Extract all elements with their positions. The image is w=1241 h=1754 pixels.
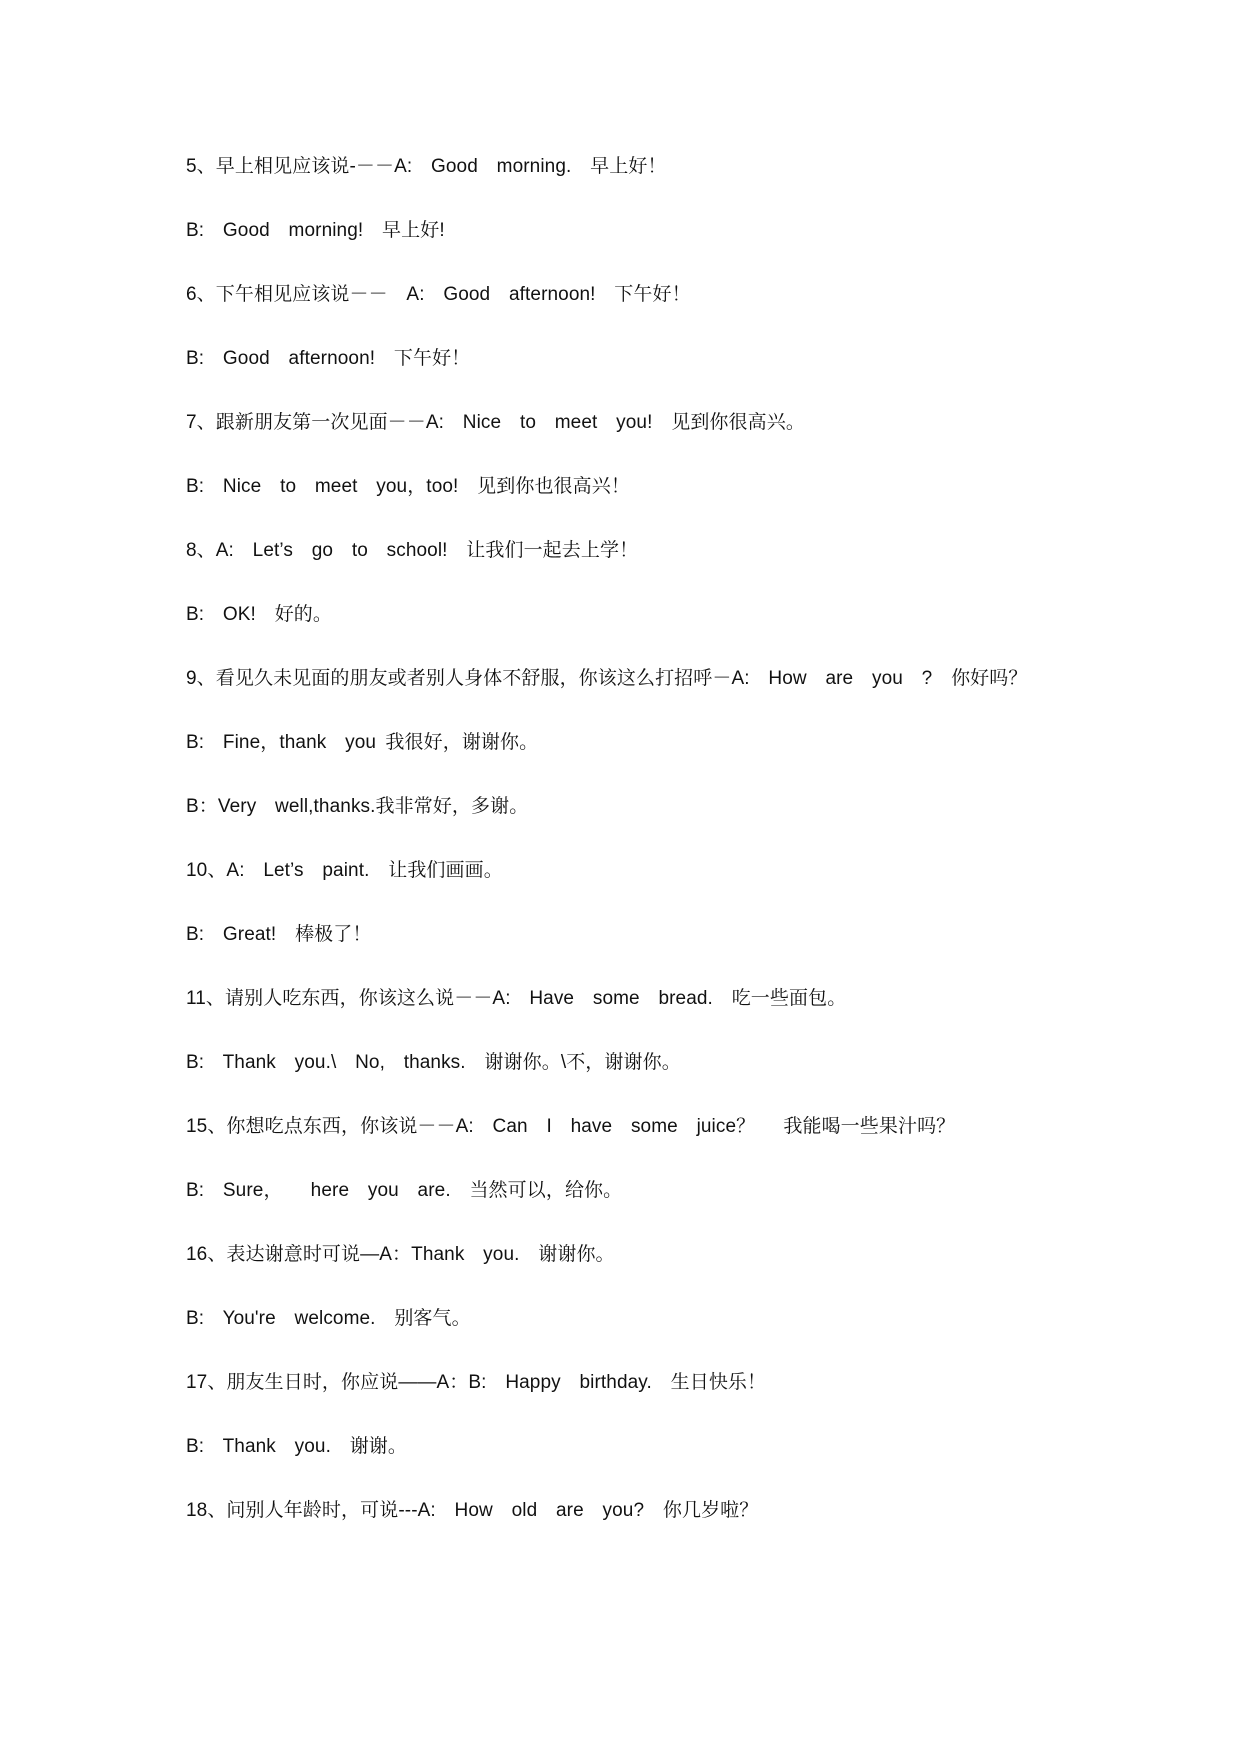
dialogue-line-5b: B: Good morning! 早上好! [186,214,1056,247]
dialogue-line-16a: 16、表达谢意时可说—A：Thank you. 谢谢你。 [186,1238,1056,1271]
dialogue-line-11a: 11、请别人吃东西，你该这么说－－A: Have some bread. 吃一些… [186,982,1056,1015]
dialogue-line-5a: 5、早上相见应该说-－－A: Good morning. 早上好！ [186,150,1056,183]
dialogue-line-10b: B: Great! 棒极了！ [186,918,1056,951]
dialogue-line-17b: B: Thank you. 谢谢。 [186,1430,1056,1463]
dialogue-line-18a: 18、问别人年龄时，可说---A: How old are you? 你几岁啦？ [186,1494,1056,1527]
dialogue-line-6a: 6、下午相见应该说－－ A: Good afternoon! 下午好！ [186,278,1056,311]
dialogue-line-9a: 9、看见久未见面的朋友或者别人身体不舒服，你该这么打招呼－A: How are … [186,662,1056,695]
dialogue-line-9b: B: Fine，thank you 我很好，谢谢你。 [186,726,1056,759]
dialogue-line-15b: B: Sure， here you are. 当然可以，给你。 [186,1174,1056,1207]
dialogue-line-7b: B: Nice to meet you，too! 见到你也很高兴！ [186,470,1056,503]
dialogue-line-16b: B: You're welcome. 别客气。 [186,1302,1056,1335]
dialogue-line-8b: B: OK! 好的。 [186,598,1056,631]
dialogue-line-6b: B: Good afternoon! 下午好！ [186,342,1056,375]
document-body: 5、早上相见应该说-－－A: Good morning. 早上好！ B: Goo… [186,150,1056,1558]
dialogue-line-9c: B：Very well,thanks.我非常好，多谢。 [186,790,1056,823]
dialogue-line-8a: 8、A: Let’s go to school! 让我们一起去上学！ [186,534,1056,567]
dialogue-line-11b: B: Thank you.\ No, thanks. 谢谢你。\不，谢谢你。 [186,1046,1056,1079]
dialogue-line-17a: 17、朋友生日时，你应说——A：B: Happy birthday. 生日快乐！ [186,1366,1056,1399]
dialogue-line-15a: 15、你想吃点东西，你该说－－A: Can I have some juice？… [186,1110,1056,1143]
dialogue-line-7a: 7、跟新朋友第一次见面－－A: Nice to meet you! 见到你很高兴… [186,406,1056,439]
document-page: 5、早上相见应该说-－－A: Good morning. 早上好！ B: Goo… [0,0,1241,1754]
dialogue-line-10a: 10、A: Let’s paint. 让我们画画。 [186,854,1056,887]
